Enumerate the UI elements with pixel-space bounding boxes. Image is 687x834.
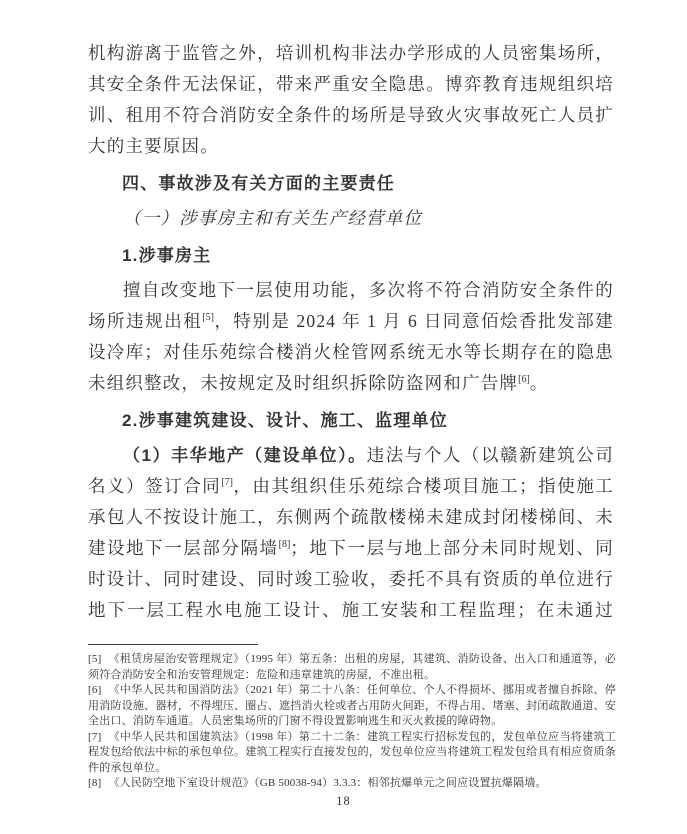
footnote-7: [7]《中华人民共和国建筑法》（1998 年）第二十二条：建筑工程实行招标发包的… — [88, 730, 616, 777]
paragraph-continued: 机构游离于监管之外，培训机构非法办学形成的人员密集场所，其安全条件无法保证，带来… — [88, 38, 614, 162]
footnote-text: 《中华人民共和国建筑法》（1998 年）第二十二条：建筑工程实行招标发包的，发包… — [88, 731, 616, 774]
footnote-ref-6: [6] — [518, 374, 530, 385]
footnote-marker: [8] — [88, 777, 101, 789]
page-number: 18 — [0, 794, 687, 809]
paragraph-developer: （1）丰华地产（建设单位）。违法与个人（以赣新建筑公司名义）签订合同[7]，由其… — [88, 440, 614, 626]
footnote-text: 《人民防空地下室设计规范》（GB 50038-94）3.3.3：相邻抗爆单元之间… — [108, 777, 546, 789]
subsection-heading: （一）涉事房主和有关生产经营单位 — [88, 203, 614, 234]
footnote-marker: [7] — [88, 731, 101, 743]
footnote-ref-5: [5] — [202, 312, 214, 323]
footnote-text: 《中华人民共和国消防法》（2021 年）第二十八条：任何单位、个人不得损坏、挪用… — [88, 684, 616, 727]
footnote-ref-7: [7] — [221, 477, 233, 488]
footnotes-section: [5]《租赁房屋治安管理规定》（1995 年）第五条：出租的房屋，其建筑、消防设… — [88, 644, 616, 792]
footnote-5: [5]《租赁房屋治安管理规定》（1995 年）第五条：出租的房屋，其建筑、消防设… — [88, 652, 616, 683]
footnote-ref-8: [8] — [279, 539, 291, 550]
bold-lead-run: （1）丰华地产（建设单位）。 — [123, 446, 367, 465]
numbered-heading-construction: 2.涉事建筑建设、设计、施工、监理单位 — [88, 405, 614, 436]
paragraph-owner: 擅自改变地下一层使用功能，多次将不符合消防安全条件的场所违规出租[5]，特别是 … — [88, 275, 614, 399]
text-run: 。 — [530, 373, 549, 393]
document-page: 机构游离于监管之外，培训机构非法办学形成的人员密集场所，其安全条件无法保证，带来… — [0, 0, 687, 834]
footnote-text: 《租赁房屋治安管理规定》（1995 年）第五条：出租的房屋，其建筑、消防设备、出… — [88, 653, 616, 681]
document-body: 机构游离于监管之外，培训机构非法办学形成的人员密集场所，其安全条件无法保证，带来… — [88, 38, 614, 626]
footnote-8: [8]《人民防空地下室设计规范》（GB 50038-94）3.3.3：相邻抗爆单… — [88, 776, 616, 792]
footnote-6: [6]《中华人民共和国消防法》（2021 年）第二十八条：任何单位、个人不得损坏… — [88, 683, 616, 730]
footnote-marker: [5] — [88, 653, 101, 665]
numbered-heading-owner: 1.涉事房主 — [88, 240, 614, 271]
footnote-marker: [6] — [88, 684, 101, 696]
footnote-separator-line — [88, 644, 258, 645]
section-heading: 四、事故涉及有关方面的主要责任 — [88, 168, 614, 199]
